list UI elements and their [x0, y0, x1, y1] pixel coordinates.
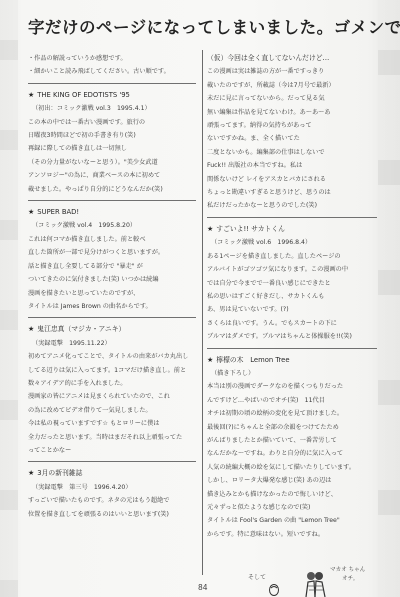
text-line: 全力だったと思います。当時はまだそれ以上頑張ってた — [28, 431, 196, 444]
text-line: ないですかね。ま、全く描いてた — [207, 132, 377, 145]
intro-bullet: ・細かいこと読み飛ばしてください。古い順です。 — [28, 65, 196, 78]
text-line: 話と描き直し全要してる部分で "暴走" が — [28, 260, 196, 273]
star-icon: ★ — [28, 208, 34, 216]
page-number: 84 — [198, 583, 208, 592]
page-title: 字だけのページになってしまいました。ゴメンでちゃ。 — [28, 14, 378, 38]
text-line: 漫画家の皆にアニメは見まくられていたので、これ — [28, 390, 196, 403]
text-line: さくらは良いです。うん。でもスカートの下に — [207, 317, 377, 330]
text-line: なんだかな〜ですね。わりと自分的に気に入って — [207, 447, 377, 460]
section-march-issue: ★3月の新刊雑誌 （実録電撃 第三号 1996.4.20） すっごいで描いたもの… — [28, 467, 196, 521]
text-line: Fuck!! 出版社の本当ですね。私は — [207, 159, 377, 172]
text-line: しかし、ロリータ大爆発な感じ(笑) あの辺は — [207, 474, 377, 487]
text-line: 関係ないけど レイをアスカとバカにされる — [207, 173, 377, 186]
text-line: 最後回(?)にちゃんと全部の余韻をつけてたため — [207, 421, 377, 434]
page-edge-shadow-left — [0, 0, 18, 597]
section-continued-note: （仮）今回は全く直してないんだけど… この漫画は実は雑誌の方が一番ですっきり 載… — [207, 52, 377, 213]
text-line: 日曜夜3時間ほどで初の手書き有り(笑) — [28, 129, 196, 142]
scanned-page: 字だけのページになってしまいました。ゴメンでちゃ。 ・作品の解説っていうか感想で… — [0, 0, 400, 597]
text-line: 載せました。やっぱり自分的にどうなんだか(笑) — [28, 183, 196, 196]
text-line: 今は私の視っていますです☆ もとロリーに僕は — [28, 417, 196, 430]
text-line: ちょっと勘違いすぎると思うけど、思うのは — [207, 186, 377, 199]
text-line: ついてきたのに気付きました(笑) いつかは続編 — [28, 273, 196, 286]
star-icon: ★ — [28, 91, 34, 99]
left-column: ・作品の解説っていうか感想です。 ・細かいこと読み飛ばしてください。古い順です。… — [28, 52, 196, 521]
text-line: 位置を描き直してを頑張るのはいいと思います(笑) — [28, 508, 196, 521]
page-edge-shadow-right — [378, 0, 400, 597]
section-source: （描き下ろし） — [207, 367, 377, 380]
section-source: （実録電撃 1995.11.22） — [28, 337, 196, 350]
section-lemon-tree: ★檸檬の木 Lemon Tree （描き下ろし） 本当は別の漫画でダークなのを描… — [207, 354, 377, 542]
text-line: アルバイトがゴツゴツ気になります。この漫画の中 — [207, 263, 377, 276]
text-line: の為に改めてビデオ借りて一気見しました。 — [28, 404, 196, 417]
text-line: 元々ずっと似たような感じなので(笑) — [207, 501, 377, 514]
section-divider — [207, 348, 377, 349]
signer-line: オチ。 — [330, 575, 365, 584]
text-line: 載いたのですが、所載誌（今は7月号で最新） — [207, 79, 377, 92]
text-line: してる辺りは気に入ってます。1コマだけ描き直し。前と — [28, 364, 196, 377]
section-heading: （仮）今回は全く直してないんだけど… — [207, 52, 377, 65]
text-line: オチは初期の頃の絵柄の変化を見て頂けました。 — [207, 407, 377, 420]
section-heading: SUPER BAD! — [37, 208, 79, 216]
text-line: 漫画を描きたいと思っていたのですが、 — [28, 287, 196, 300]
section-source: （コミック激戦 vol.4 1995.8.20） — [28, 219, 196, 232]
text-line: 初めてアニメ化ってことで、タイトルの由来がバカ丸出し — [28, 350, 196, 363]
text-line: 頑張ってます。納得の気持ちがあって — [207, 119, 377, 132]
text-line: 再録に際しての描き直しは一切無し — [28, 142, 196, 155]
intro-bullet: ・作品の解説っていうか感想です。 — [28, 52, 196, 65]
text-line: タイトルは Fool's Garden の曲 "Lemon Tree" — [207, 514, 377, 527]
text-line: 直した箇所が一部で見分けがつくと思いますが。 — [28, 246, 196, 259]
text-line: 人気の続編大概の絵を気にして描いたりしています。 — [207, 461, 377, 474]
text-line: 二度とないかも。編集部の仕事はしないで — [207, 146, 377, 159]
text-line: この漫画は実は雑誌の方が一番ですっきり — [207, 65, 377, 78]
section-heading: 鬼江忠真（マジカ・アニキ） — [37, 325, 125, 333]
section-divider — [207, 217, 377, 218]
text-line: がんばりましたとか描いていて、一番苦労して — [207, 434, 377, 447]
text-line: あ、男は見ていないです。(?) — [207, 303, 377, 316]
section-heading: すごいよ!! サカトくん — [216, 225, 285, 233]
text-line: タイトルは James Brown の曲名からです。 — [28, 300, 196, 313]
section-source: （初出：コミック激戦 vol.3 1995.4.1） — [28, 102, 196, 115]
text-line: 無い編集は作品を見てないわけ。あ〜あ〜あ — [207, 106, 377, 119]
text-line: 数々アイデア的に手を入れました。 — [28, 377, 196, 390]
section-king-of-edotists: ★THE KING OF EDOTISTS '95 （初出：コミック激戦 vol… — [28, 89, 196, 196]
column-divider — [202, 50, 203, 575]
text-line: ブルマはダメです。ブルマはちゃんと体操服を!!(笑) — [207, 330, 377, 343]
character-sketch — [300, 570, 330, 597]
text-line: アンソロジー"の為に、商業ベースの本に初めて — [28, 169, 196, 182]
text-line: 本当は別の漫画でダークなのを描くつもりだった — [207, 380, 377, 393]
signer-note: マカオ ちゃん オチ。 — [330, 566, 365, 584]
text-line: （その分力量がないなーと思う）。"美少女武道 — [28, 156, 196, 169]
section-heading: THE KING OF EDOTISTS '95 — [37, 91, 130, 99]
section-source: （実録電撃 第三号 1996.4.20） — [28, 481, 196, 494]
section-oni-ezo: ★鬼江忠真（マジカ・アニキ） （実録電撃 1995.11.22） 初めてアニメ化… — [28, 323, 196, 457]
text-line: 私の思いはすごく好きだし、サカトくんも — [207, 290, 377, 303]
section-heading: 3月の新刊雑誌 — [37, 469, 82, 477]
text-line: この本の中では一番古い漫画です。旅行の — [28, 116, 196, 129]
section-heading: 檸檬の木 Lemon Tree — [216, 356, 289, 364]
small-sketch-icon — [268, 583, 280, 597]
text-line: んですけど…やばいのでオチ(笑) 11代目 — [207, 394, 377, 407]
text-line: ってことかなー — [28, 444, 196, 457]
text-line: すっごいで描いたものです。ネタの元はもう超絶で — [28, 494, 196, 507]
text-line: 未だに見に言ってないから。だって見る気 — [207, 92, 377, 105]
text-line: では自分で今までで一番良い感じにできたと — [207, 277, 377, 290]
section-divider — [28, 461, 196, 462]
section-super-bad: ★SUPER BAD! （コミック激戦 vol.4 1995.8.20） これは… — [28, 206, 196, 313]
text-line: 私だけだったかなーと思うのでした(笑) — [207, 199, 377, 212]
star-icon: ★ — [207, 225, 213, 233]
section-divider — [28, 317, 196, 318]
section-divider — [28, 83, 196, 84]
signoff-text: そして — [248, 572, 266, 581]
star-icon: ★ — [28, 325, 34, 333]
text-line: ある1ページを描き直しました。直したページの — [207, 250, 377, 263]
star-icon: ★ — [28, 469, 34, 477]
text-line: からです。特に意味はない。短いですね。 — [207, 528, 377, 541]
section-source: （コミック激戦 vol.6 1996.8.4） — [207, 236, 377, 249]
text-line: 描き込みとかも描けなかったので悔しいけど、 — [207, 488, 377, 501]
text-line: これは何コマか描き直しました。前と較べ — [28, 233, 196, 246]
star-icon: ★ — [207, 356, 213, 364]
signer-line: マカオ ちゃん — [330, 566, 365, 575]
right-column: （仮）今回は全く直してないんだけど… この漫画は実は雑誌の方が一番ですっきり 載… — [207, 52, 377, 541]
section-sakato-kun: ★すごいよ!! サカトくん （コミック激戦 vol.6 1996.8.4） ある… — [207, 223, 377, 344]
section-divider — [28, 200, 196, 201]
